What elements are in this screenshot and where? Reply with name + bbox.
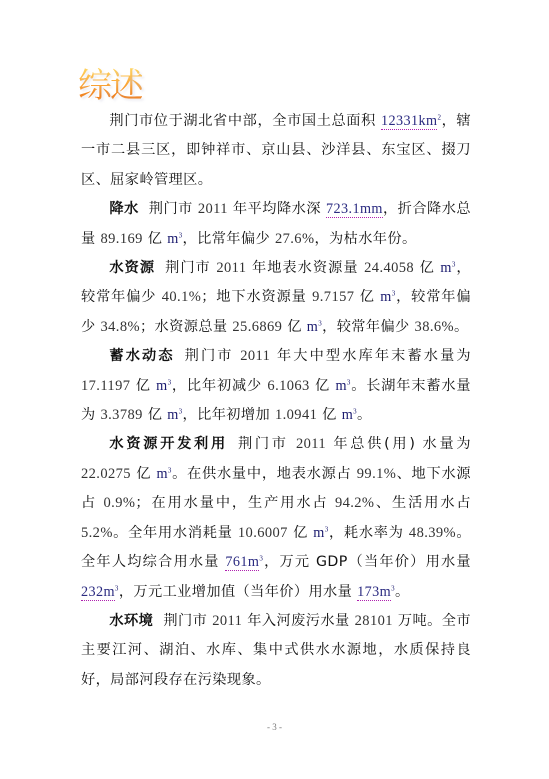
text: 亿	[131, 466, 157, 482]
reservoir-value: 17.1197	[81, 378, 130, 394]
text: 年平均降水深	[228, 201, 326, 217]
per-industry-value: 173m	[357, 584, 391, 601]
depth-value: 723.1mm	[326, 201, 383, 218]
paragraph-precipitation: 降水荆门市 2011 年平均降水深 723.1mm，折合降水总量 89.169 …	[81, 195, 471, 254]
text: 亿	[288, 525, 313, 541]
text: 荆门市	[185, 348, 241, 364]
percent-value: 27.6%	[275, 231, 314, 247]
text: ，万元 GDP（当年价）用水量	[263, 554, 471, 570]
text: ；在用水量中，生产用水占	[135, 495, 335, 511]
text: 。在供水量中，地表水源占	[172, 466, 357, 482]
text: 亿	[354, 289, 380, 305]
total-value: 25.6869	[232, 319, 282, 335]
percent-value: 40.1%	[162, 289, 201, 305]
unit: m	[307, 319, 318, 335]
text: 亿	[143, 231, 167, 247]
percent-value: 48.39%	[409, 525, 456, 541]
text: ，为枯水年份。	[314, 231, 416, 247]
text: 亿	[282, 319, 306, 335]
supply-value: 22.0275	[81, 466, 131, 482]
text: 。全年用水消耗量	[113, 525, 238, 541]
text: ；地下水资源量	[201, 289, 312, 305]
paragraph-heading: 水环境	[109, 613, 153, 629]
unit: m	[335, 378, 346, 394]
text: 。	[454, 319, 469, 335]
text: 荆门市	[238, 436, 296, 452]
percent-value: 99.1%	[357, 466, 396, 482]
section-title: 综述	[78, 58, 142, 107]
text: 。	[395, 584, 410, 600]
unit: m	[156, 466, 167, 482]
paragraph-heading: 蓄水动态	[109, 348, 174, 364]
year-value: 2011	[296, 436, 326, 452]
percent-value: 0.9%	[104, 495, 136, 511]
decrease-value: 6.1063	[267, 378, 309, 394]
total-value: 89.169	[101, 231, 143, 247]
text: ，较常年偏少	[322, 319, 414, 335]
consumption-value: 10.6007	[238, 525, 288, 541]
page-number: - 3 -	[0, 722, 549, 732]
surface-value: 24.4058	[364, 260, 414, 276]
paragraph-water-resources: 水资源荆门市 2011 年地表水资源量 24.4058 亿 m3，较常年偏少 4…	[81, 254, 471, 342]
paragraph-storage: 蓄水动态荆门市 2011 年大中型水库年末蓄水量为 17.1197 亿 m3，比…	[81, 342, 471, 430]
per-gdp-value: 232m	[81, 584, 115, 601]
text: 。	[357, 407, 372, 423]
year-value: 2011	[240, 348, 270, 364]
paragraph-water-environment: 水环境荆门市 2011 年入河废污水量 28101 万吨。全市主要江河、湖泊、水…	[81, 607, 471, 695]
year-value: 2011	[216, 260, 246, 276]
text: 亿	[317, 407, 341, 423]
text: 荆门市	[149, 201, 198, 217]
text: 荆门市位于湖北省中部，全市国土总面积	[109, 113, 381, 129]
lake-value: 3.3789	[101, 407, 143, 423]
text: ，万元工业增加值（当年价）用水量	[119, 584, 357, 600]
text: 亿	[414, 260, 440, 276]
text: 、生活用水占	[374, 495, 471, 511]
text: 荆门市	[165, 260, 216, 276]
text: ，耗水率为	[329, 525, 409, 541]
unit: m	[380, 289, 391, 305]
text: ，比年初减少	[171, 378, 267, 394]
unit: m	[167, 407, 178, 423]
unit: m	[156, 378, 167, 394]
increase-value: 1.0941	[275, 407, 317, 423]
percent-value: 94.2%	[335, 495, 374, 511]
ground-value: 9.7157	[312, 289, 354, 305]
unit: m	[342, 407, 353, 423]
year-value: 2011	[198, 201, 228, 217]
text: 年入河废污水量	[242, 613, 354, 629]
text: 亿	[310, 378, 336, 394]
per-capita-value: 761m	[225, 554, 259, 571]
text: 亿	[130, 378, 156, 394]
unit: m	[313, 525, 324, 541]
text: 年大中型水库年末蓄水量为	[270, 348, 471, 364]
paragraph-heading: 水资源	[109, 260, 155, 276]
year-value: 2011	[212, 613, 242, 629]
text: ，比年初增加	[183, 407, 275, 423]
paragraph-heading: 降水	[109, 201, 138, 217]
text: ，比常年偏少	[183, 231, 275, 247]
unit: m	[440, 260, 451, 276]
document-page: 综述 荆门市位于湖北省中部，全市国土总面积 12331km2，辖一市二县三区，即…	[0, 0, 549, 779]
paragraph-water-usage: 水资源开发利用荆门市 2011 年总供(用) 水量为 22.0275 亿 m3。…	[81, 430, 471, 606]
percent-value: 34.8%	[101, 319, 140, 335]
paragraph-overview: 荆门市位于湖北省中部，全市国土总面积 12331km2，辖一市二县三区，即钟祥市…	[81, 107, 471, 195]
area-value: 12331km	[381, 113, 437, 130]
text: 亿	[143, 407, 167, 423]
paragraph-heading: 水资源开发利用	[109, 436, 228, 452]
percent-value: 5.2%	[81, 525, 113, 541]
unit: m	[167, 231, 178, 247]
waste-value: 28101	[355, 613, 393, 629]
percent-value: 38.6%	[415, 319, 454, 335]
document-body: 荆门市位于湖北省中部，全市国土总面积 12331km2，辖一市二县三区，即钟祥市…	[81, 107, 471, 695]
text: 荆门市	[163, 613, 212, 629]
text: 年总供(用) 水量为	[326, 436, 471, 452]
text: 年地表水资源量	[246, 260, 364, 276]
text: ；水资源总量	[140, 319, 232, 335]
